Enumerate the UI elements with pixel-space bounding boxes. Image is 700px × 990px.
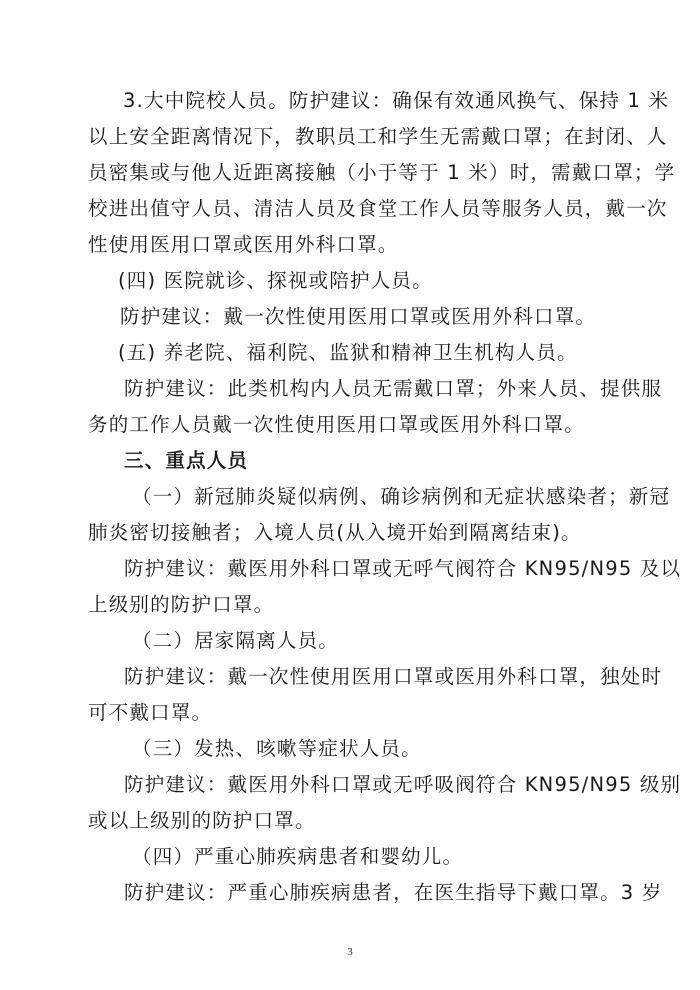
text-line: 务的工作人员戴一次性使用医用口罩或医用外科口罩。 <box>88 412 618 438</box>
text-line: 3.大中院校人员。防护建议：确保有效通风换气、保持 1 米 <box>123 88 653 114</box>
text-line: 防护建议：此类机构内人员无需戴口罩；外来人员、提供服 <box>124 376 654 402</box>
text-line: 防护建议：戴医用外科口罩或无呼气阀符合 KN95/N95 及以 <box>124 556 654 582</box>
text-line: 或以上级别的防护口罩。 <box>88 808 618 834</box>
text-line: 防护建议：戴一次性使用医用口罩或医用外科口罩，独处时 <box>124 664 654 690</box>
text-line: （一）新冠肺炎疑似病例、确诊病例和无症状感染者；新冠 <box>132 484 662 510</box>
text-line: 校进出值守人员、清洁人员及食堂工作人员等服务人员，戴一次 <box>88 196 618 222</box>
text-line: （二）居家隔离人员。 <box>132 628 662 654</box>
page-number: 3 <box>0 946 700 958</box>
text-line: （三）发热、咳嗽等症状人员。 <box>132 736 662 762</box>
text-line: (四) 医院就诊、探视或陪护人员。 <box>118 268 648 294</box>
text-line: 防护建议：戴医用外科口罩或无呼吸阀符合 KN95/N95 级别 <box>124 772 654 798</box>
text-line: （四）严重心肺疾病患者和婴幼儿。 <box>132 844 662 870</box>
text-line: (五) 养老院、福利院、监狱和精神卫生机构人员。 <box>118 340 648 366</box>
text-line: 防护建议：戴一次性使用医用口罩或医用外科口罩。 <box>120 304 650 330</box>
text-line: 肺炎密切接触者；入境人员(从入境开始到隔离结束)。 <box>88 520 618 546</box>
text-line: 员密集或与他人近距离接触（小于等于 1 米）时，需戴口罩；学 <box>88 160 618 186</box>
text-line: 以上安全距离情况下，教职员工和学生无需戴口罩；在封闭、人 <box>88 124 618 150</box>
text-line: 可不戴口罩。 <box>88 700 618 726</box>
text-line: 防护建议：严重心肺疾病患者，在医生指导下戴口罩。3 岁 <box>124 880 654 906</box>
section-heading: 三、重点人员 <box>124 448 654 474</box>
document-page: 3.大中院校人员。防护建议：确保有效通风换气、保持 1 米以上安全距离情况下，教… <box>0 0 700 990</box>
text-line: 上级别的防护口罩。 <box>88 592 618 618</box>
text-line: 性使用医用口罩或医用外科口罩。 <box>88 232 618 258</box>
